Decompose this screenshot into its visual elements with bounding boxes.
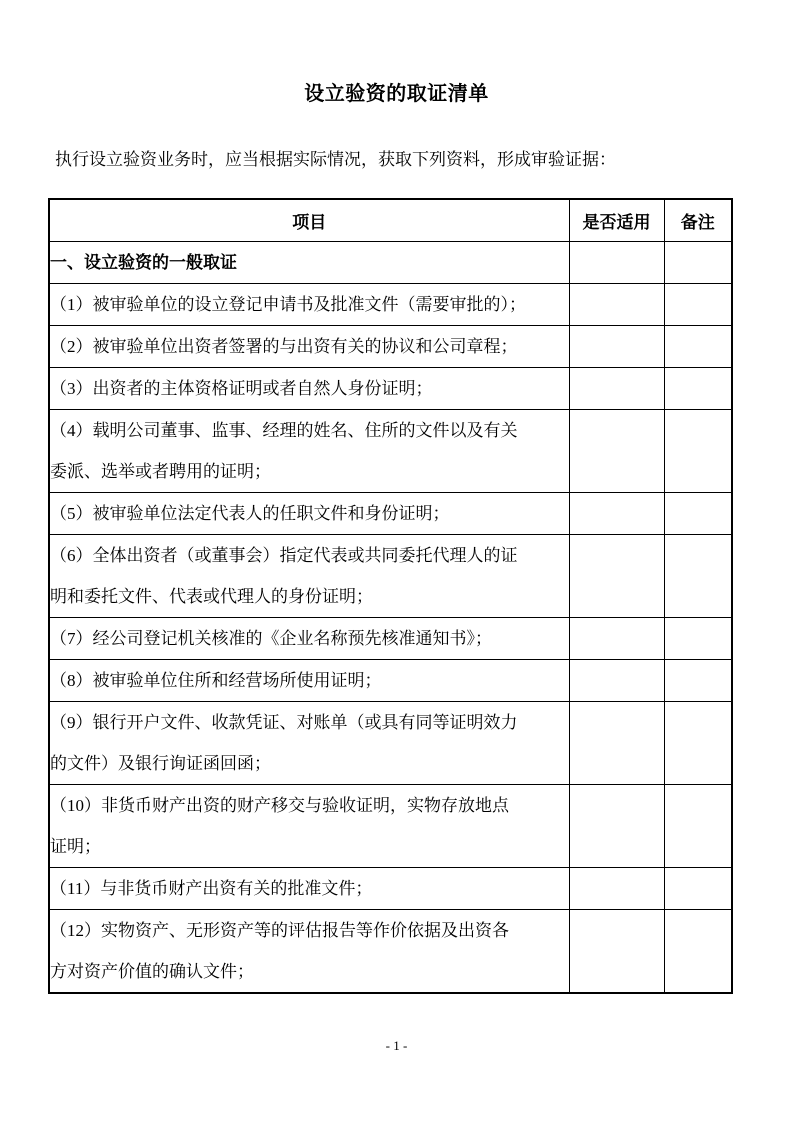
applicable-cell [569, 910, 664, 994]
applicable-cell [569, 785, 664, 868]
applicable-cell [569, 368, 664, 410]
applicable-cell [569, 535, 664, 618]
remark-cell [664, 910, 732, 994]
applicable-cell [569, 242, 664, 284]
page-title: 设立验资的取证清单 [0, 0, 793, 105]
section-title: 一、设立验资的一般取证 [49, 242, 569, 284]
remark-cell [664, 410, 732, 493]
remark-cell [664, 535, 732, 618]
table-row: （12）实物资产、无形资产等的评估报告等作价依据及出资各 方对资产价值的确认文件… [49, 910, 732, 994]
intro-text: 执行设立验资业务时，应当根据实际情况，获取下列资料，形成审验证据： [55, 149, 793, 170]
remark-cell [664, 326, 732, 368]
page-number: - 1 - [0, 1038, 793, 1054]
table-row: （7）经公司登记机关核准的《企业名称预先核准通知书》； [49, 618, 732, 660]
item-cell: （1）被审验单位的设立登记申请书及批准文件（需要审批的）； [49, 284, 569, 326]
table-row: （4）载明公司董事、监事、经理的姓名、住所的文件以及有关 委派、选举或者聘用的证… [49, 410, 732, 493]
remark-cell [664, 868, 732, 910]
item-cell: （3）出资者的主体资格证明或者自然人身份证明； [49, 368, 569, 410]
applicable-cell [569, 326, 664, 368]
item-cell: （6）全体出资者（或董事会）指定代表或共同委托代理人的证 明和委托文件、代表或代… [49, 535, 569, 618]
applicable-cell [569, 493, 664, 535]
remark-cell [664, 660, 732, 702]
applicable-cell [569, 410, 664, 493]
table-row: （10）非货币财产出资的财产移交与验收证明，实物存放地点 证明； [49, 785, 732, 868]
header-applicable: 是否适用 [569, 199, 664, 242]
table-header-row: 项目 是否适用 备注 [49, 199, 732, 242]
remark-cell [664, 785, 732, 868]
table-row: （2）被审验单位出资者签署的与出资有关的协议和公司章程； [49, 326, 732, 368]
item-cell: （2）被审验单位出资者签署的与出资有关的协议和公司章程； [49, 326, 569, 368]
applicable-cell [569, 660, 664, 702]
applicable-cell [569, 284, 664, 326]
item-cell: （12）实物资产、无形资产等的评估报告等作价依据及出资各 方对资产价值的确认文件… [49, 910, 569, 994]
item-cell: （11）与非货币财产出资有关的批准文件； [49, 868, 569, 910]
applicable-cell [569, 618, 664, 660]
item-cell: （5）被审验单位法定代表人的任职文件和身份证明； [49, 493, 569, 535]
table-row: （5）被审验单位法定代表人的任职文件和身份证明； [49, 493, 732, 535]
table-row: （9）银行开户文件、收款凭证、对账单（或具有同等证明效力 的文件）及银行询证函回… [49, 702, 732, 785]
item-cell: （8）被审验单位住所和经营场所使用证明； [49, 660, 569, 702]
table-row: （3）出资者的主体资格证明或者自然人身份证明； [49, 368, 732, 410]
applicable-cell [569, 702, 664, 785]
applicable-cell [569, 868, 664, 910]
remark-cell [664, 368, 732, 410]
remark-cell [664, 493, 732, 535]
item-cell: （10）非货币财产出资的财产移交与验收证明，实物存放地点 证明； [49, 785, 569, 868]
table-row: （1）被审验单位的设立登记申请书及批准文件（需要审批的）； [49, 284, 732, 326]
document-page: 设立验资的取证清单 执行设立验资业务时，应当根据实际情况，获取下列资料，形成审验… [0, 0, 793, 1122]
table-row: （11）与非货币财产出资有关的批准文件； [49, 868, 732, 910]
header-item: 项目 [49, 199, 569, 242]
remark-cell [664, 618, 732, 660]
item-cell: （9）银行开户文件、收款凭证、对账单（或具有同等证明效力 的文件）及银行询证函回… [49, 702, 569, 785]
section-row: 一、设立验资的一般取证 [49, 242, 732, 284]
header-remark: 备注 [664, 199, 732, 242]
remark-cell [664, 242, 732, 284]
remark-cell [664, 284, 732, 326]
item-cell: （4）载明公司董事、监事、经理的姓名、住所的文件以及有关 委派、选举或者聘用的证… [49, 410, 569, 493]
checklist-table: 项目 是否适用 备注 一、设立验资的一般取证 （1）被审验单位的设立登记申请书及… [48, 198, 733, 994]
item-cell: （7）经公司登记机关核准的《企业名称预先核准通知书》； [49, 618, 569, 660]
table-row: （6）全体出资者（或董事会）指定代表或共同委托代理人的证 明和委托文件、代表或代… [49, 535, 732, 618]
remark-cell [664, 702, 732, 785]
table-row: （8）被审验单位住所和经营场所使用证明； [49, 660, 732, 702]
